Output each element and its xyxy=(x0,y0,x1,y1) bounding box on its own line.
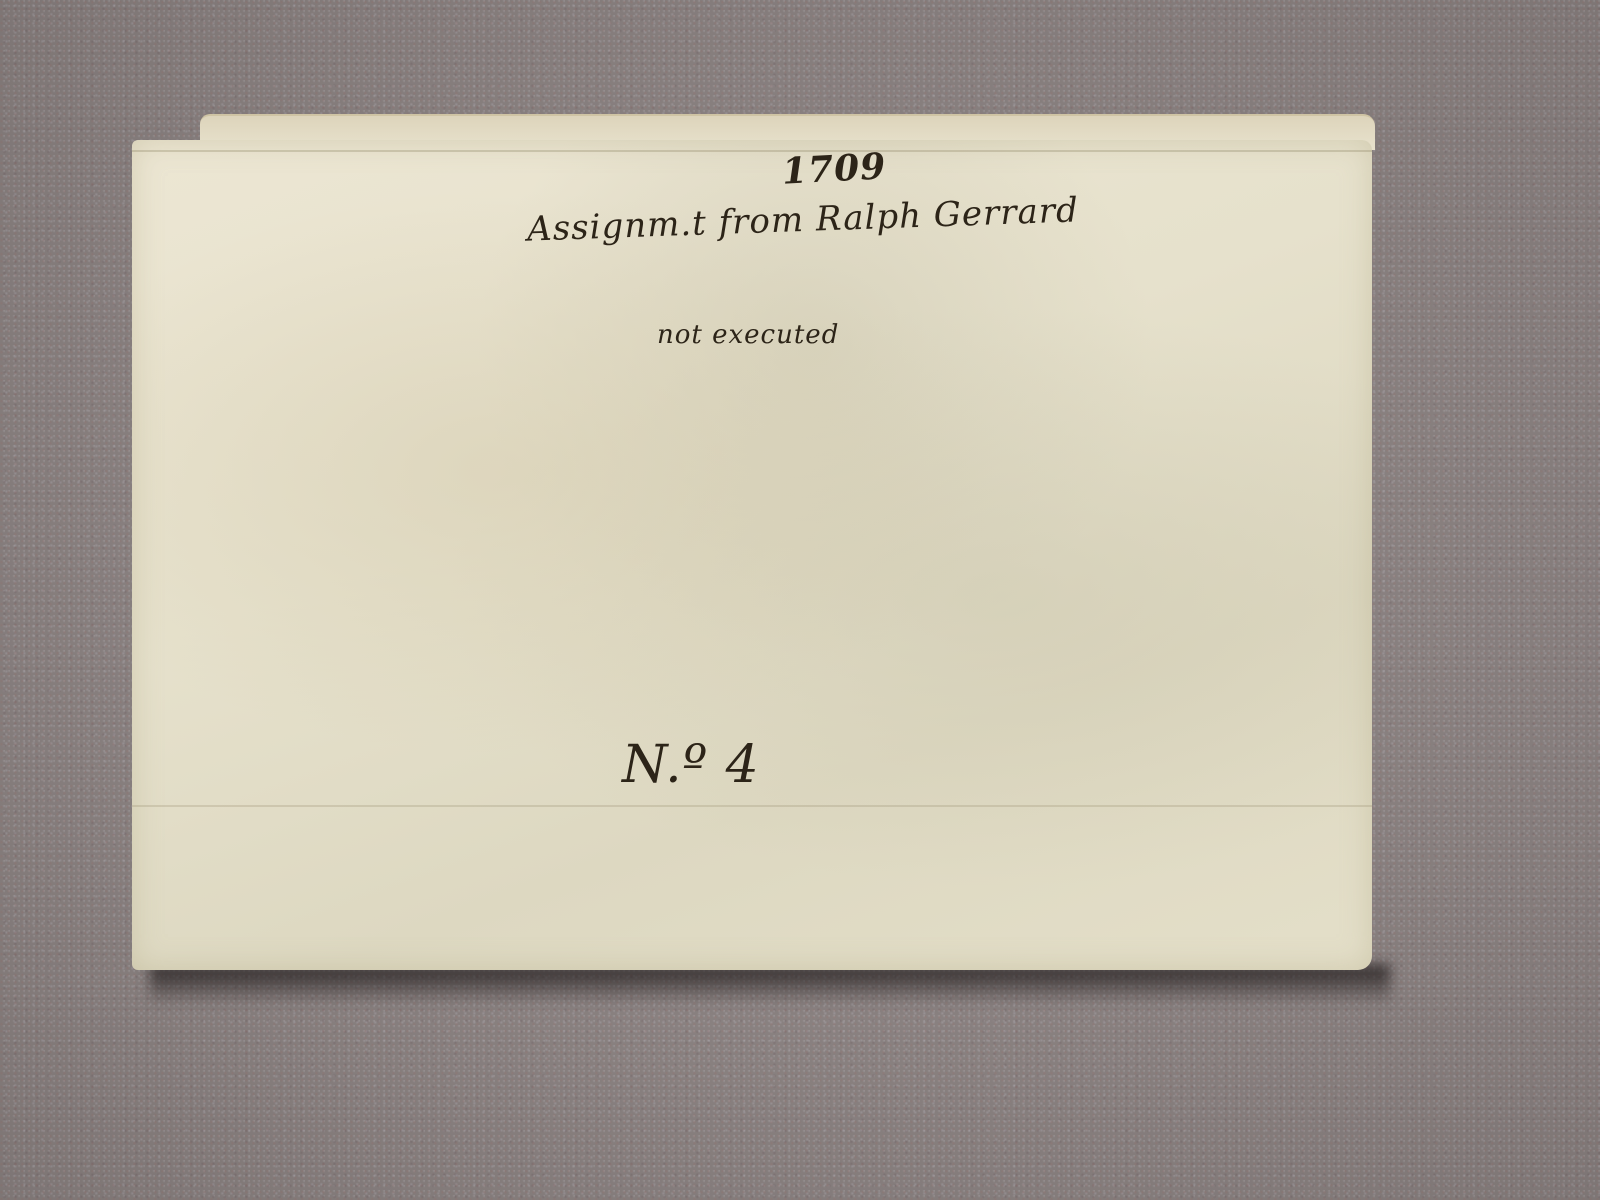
fold-crease-bottom xyxy=(132,805,1372,807)
document-number: N.º 4 xyxy=(622,735,760,795)
document-title: Assignm.t from Ralph Gerrard xyxy=(526,190,1079,249)
fold-crease-top xyxy=(132,150,1372,152)
document-year: 1709 xyxy=(781,145,887,192)
document-shadow xyxy=(150,965,1390,1005)
document-subtitle: not executed xyxy=(657,320,839,350)
vellum-document: 1709 Assignm.t from Ralph Gerrard not ex… xyxy=(132,140,1372,970)
